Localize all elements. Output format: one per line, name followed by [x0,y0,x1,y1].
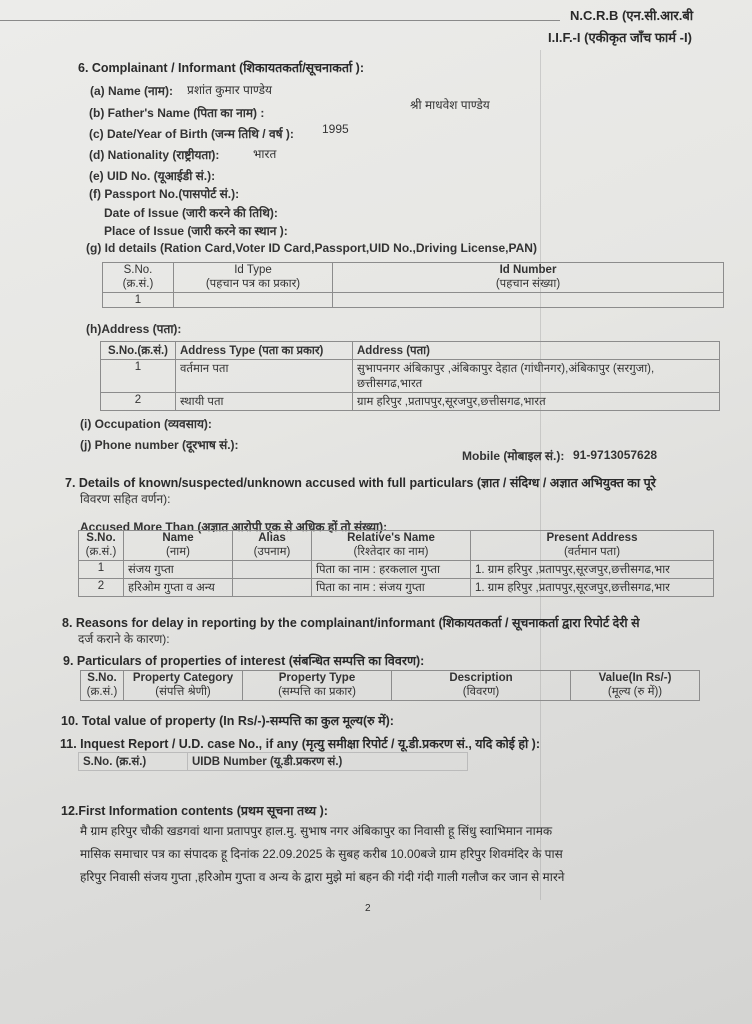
header-rule [0,20,560,21]
section6-title: 6. Complainant / Informant (शिकायतकर्ता/… [78,59,364,76]
dob-value: 1995 [322,122,349,136]
occupation-label: (i) Occupation (व्यवसाय): [80,415,212,432]
address-label: (h)Address (पता): [86,320,181,337]
address-table: S.No.(क्र.सं.) Address Type (पता का प्रक… [100,341,720,411]
uid-label: (e) UID No. (यूआईडी सं.): [89,167,215,184]
section9-title: 9. Particulars of properties of interest… [63,652,424,669]
nationality-label: (d) Nationality (राष्ट्रीयता): [89,146,219,163]
section7-title-cont: विवरण सहित वर्णन): [80,490,170,507]
id-details-table: S.No.(क्र.सं.) Id Type(पहचान पत्र का प्र… [102,262,724,308]
inquest-table: S.No. (क्र.सं.) UIDB Number (यू.डी.प्रकर… [78,752,468,771]
page-number: 2 [365,903,371,914]
father-label: (b) Father's Name (पिता का नाम) : [89,104,264,121]
table-row: 2 हरिओम गुप्ता व अन्य पिता का नाम : संजय… [79,579,714,597]
section8-title-cont: दर्ज कराने के कारण): [78,630,170,647]
table-row: 2 स्थायी पता ग्राम हरिपुर ,प्रतापपुर,सूर… [101,393,720,411]
accused-table: S.No.(क्र.सं.) Name(नाम) Alias(उपनाम) Re… [78,530,714,597]
section8-title: 8. Reasons for delay in reporting by the… [62,614,640,631]
section11-title: 11. Inquest Report / U.D. case No., if a… [60,735,540,752]
table-row: 1 [103,293,724,308]
mobile-label: Mobile (मोबाइल सं.): [462,447,564,464]
dob-label: (c) Date/Year of Birth (जन्म तिथि / वर्ष… [89,125,294,142]
id-details-label: (g) Id details (Ration Card,Voter ID Car… [86,241,537,255]
phone-label: (j) Phone number (दूरभाष सं.): [80,436,239,453]
section12-title: 12.First Information contents (प्रथम सूच… [61,802,328,819]
issue-date-label: Date of Issue (जारी करने की तिथि): [104,204,278,221]
first-information-text: मै ग्राम हरिपुर चौकी खडगवां थाना प्रतापप… [80,820,680,889]
passport-label: (f) Passport No.(पासपोर्ट सं.): [89,185,239,202]
name-label: (a) Name (नाम): [90,82,173,99]
header-ncrb: N.C.R.B (एन.सी.आर.बी [570,6,693,24]
name-value: प्रशांत कुमार पाण्डेय [187,81,272,98]
father-value: श्री माधवेश पाण्डेय [410,96,490,113]
properties-table: S.No.(क्र.सं.) Property Category(संपत्ति… [80,670,700,701]
table-row: 1 संजय गुप्ता पिता का नाम : हरकलाल गुप्त… [79,561,714,579]
section7-title: 7. Details of known/suspected/unknown ac… [65,474,656,491]
nationality-value: भारत [253,145,276,162]
section10-title: 10. Total value of property (In Rs/-)-सम… [61,712,394,729]
table-row: 1 वर्तमान पता सुभापनगर अंबिकापुर ,अंबिका… [101,360,720,393]
header-iif: I.I.F.-I (एकीकृत जाँच फार्म -I) [548,28,692,46]
issue-place-label: Place of Issue (जारी करने का स्थान ): [104,222,288,239]
mobile-value: 91-9713057628 [573,448,657,462]
